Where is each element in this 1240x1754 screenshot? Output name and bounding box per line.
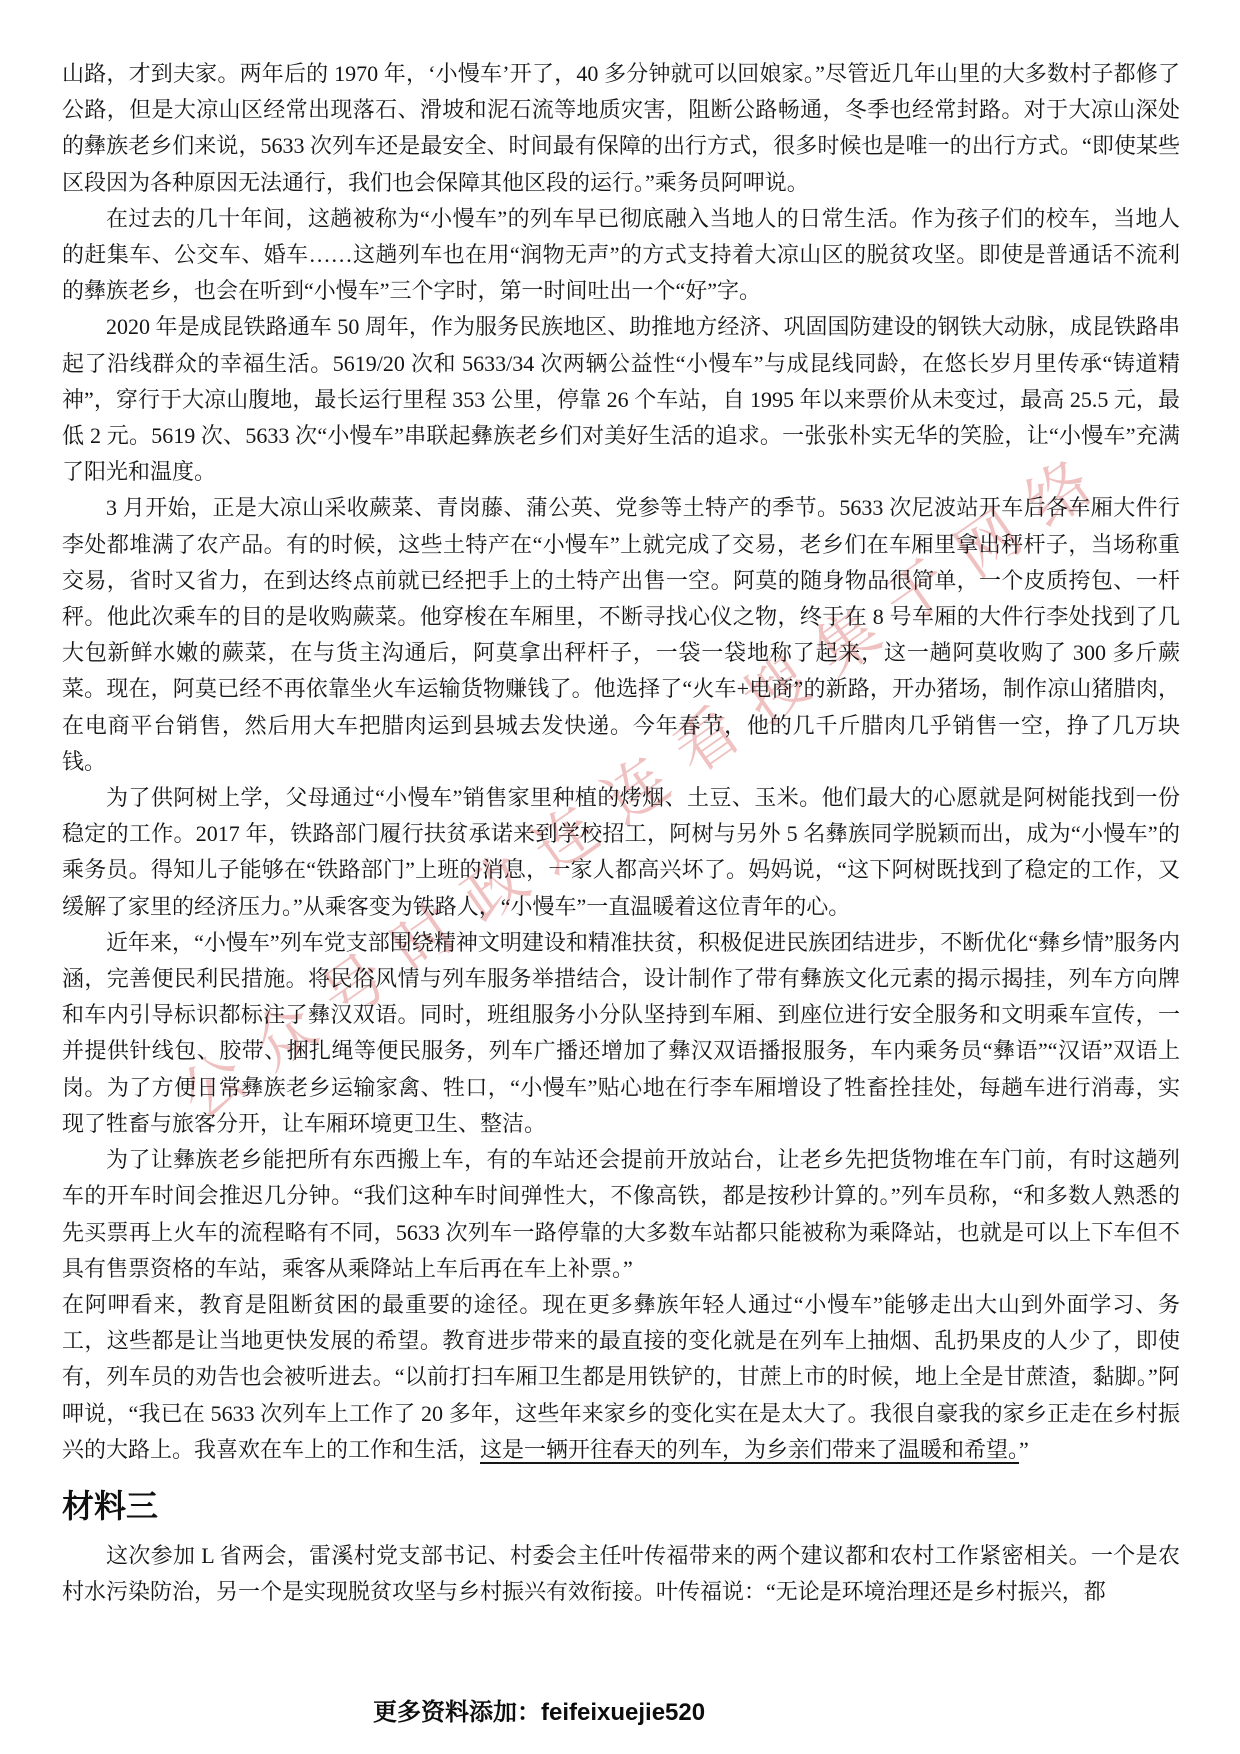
text-run: 2020 年是成昆铁路通车 50 周年，作为服务民族地区、助推地方经济、巩固国防… <box>62 314 1180 484</box>
footer-note: 更多资料添加：feifeixuejie520 <box>373 1692 705 1727</box>
paragraph: 这次参加 L 省两会，雷溪村党支部书记、村委会主任叶传福带来的两个建议都和农村工… <box>62 1538 1180 1610</box>
document-page: 公众号时政连连看搜集于网络 山路，才到夫家。两年后的 1970 年，‘小慢车’开… <box>0 0 1240 1754</box>
paragraph: 在阿呷看来，教育是阻断贫困的最重要的途径。现在更多彝族年轻人通过“小慢车”能够走… <box>62 1287 1180 1468</box>
paragraph: 为了让彝族老乡能把所有东西搬上车，有的车站还会提前开放站台，让老乡先把货物堆在车… <box>62 1142 1180 1287</box>
text-run: 山路，才到夫家。两年后的 1970 年，‘小慢车’开了，40 多分钟就可以回娘家… <box>62 61 1180 195</box>
paragraph: 山路，才到夫家。两年后的 1970 年，‘小慢车’开了，40 多分钟就可以回娘家… <box>62 56 1180 201</box>
paragraph: 3 月开始，正是大凉山采收蕨菜、青岗藤、蒲公英、党参等土特产的季节。5633 次… <box>62 490 1180 780</box>
material-heading: 材料三 <box>62 1481 1180 1527</box>
document-body: 山路，才到夫家。两年后的 1970 年，‘小慢车’开了，40 多分钟就可以回娘家… <box>62 56 1180 1610</box>
text-run: 在过去的几十年间，这趟被称为“小慢车”的列车早已彻底融入当地人的日常生活。作为孩… <box>62 206 1180 303</box>
paragraph: 近年来，“小慢车”列车党支部围绕精神文明建设和精准扶贫，积极促进民族团结进步，不… <box>62 925 1180 1142</box>
paragraph: 2020 年是成昆铁路通车 50 周年，作为服务民族地区、助推地方经济、巩固国防… <box>62 309 1180 490</box>
underlined-text: 这是一辆开往春天的列车，为乡亲们带来了温暖和希望。 <box>480 1437 1019 1462</box>
text-run: ” <box>1019 1437 1029 1462</box>
text-run: 这次参加 L 省两会，雷溪村党支部书记、村委会主任叶传福带来的两个建议都和农村工… <box>62 1543 1180 1604</box>
text-run: 为了供阿树上学，父母通过“小慢车”销售家里种植的烤烟、土豆、玉米。他们最大的心愿… <box>62 785 1180 919</box>
text-run: 3 月开始，正是大凉山采收蕨菜、青岗藤、蒲公英、党参等土特产的季节。5633 次… <box>62 495 1180 773</box>
paragraph: 为了供阿树上学，父母通过“小慢车”销售家里种植的烤烟、土豆、玉米。他们最大的心愿… <box>62 780 1180 925</box>
text-run: 为了让彝族老乡能把所有东西搬上车，有的车站还会提前开放站台，让老乡先把货物堆在车… <box>62 1147 1180 1281</box>
text-run: 近年来，“小慢车”列车党支部围绕精神文明建设和精准扶贫，积极促进民族团结进步，不… <box>62 930 1180 1136</box>
paragraph: 在过去的几十年间，这趟被称为“小慢车”的列车早已彻底融入当地人的日常生活。作为孩… <box>62 201 1180 310</box>
